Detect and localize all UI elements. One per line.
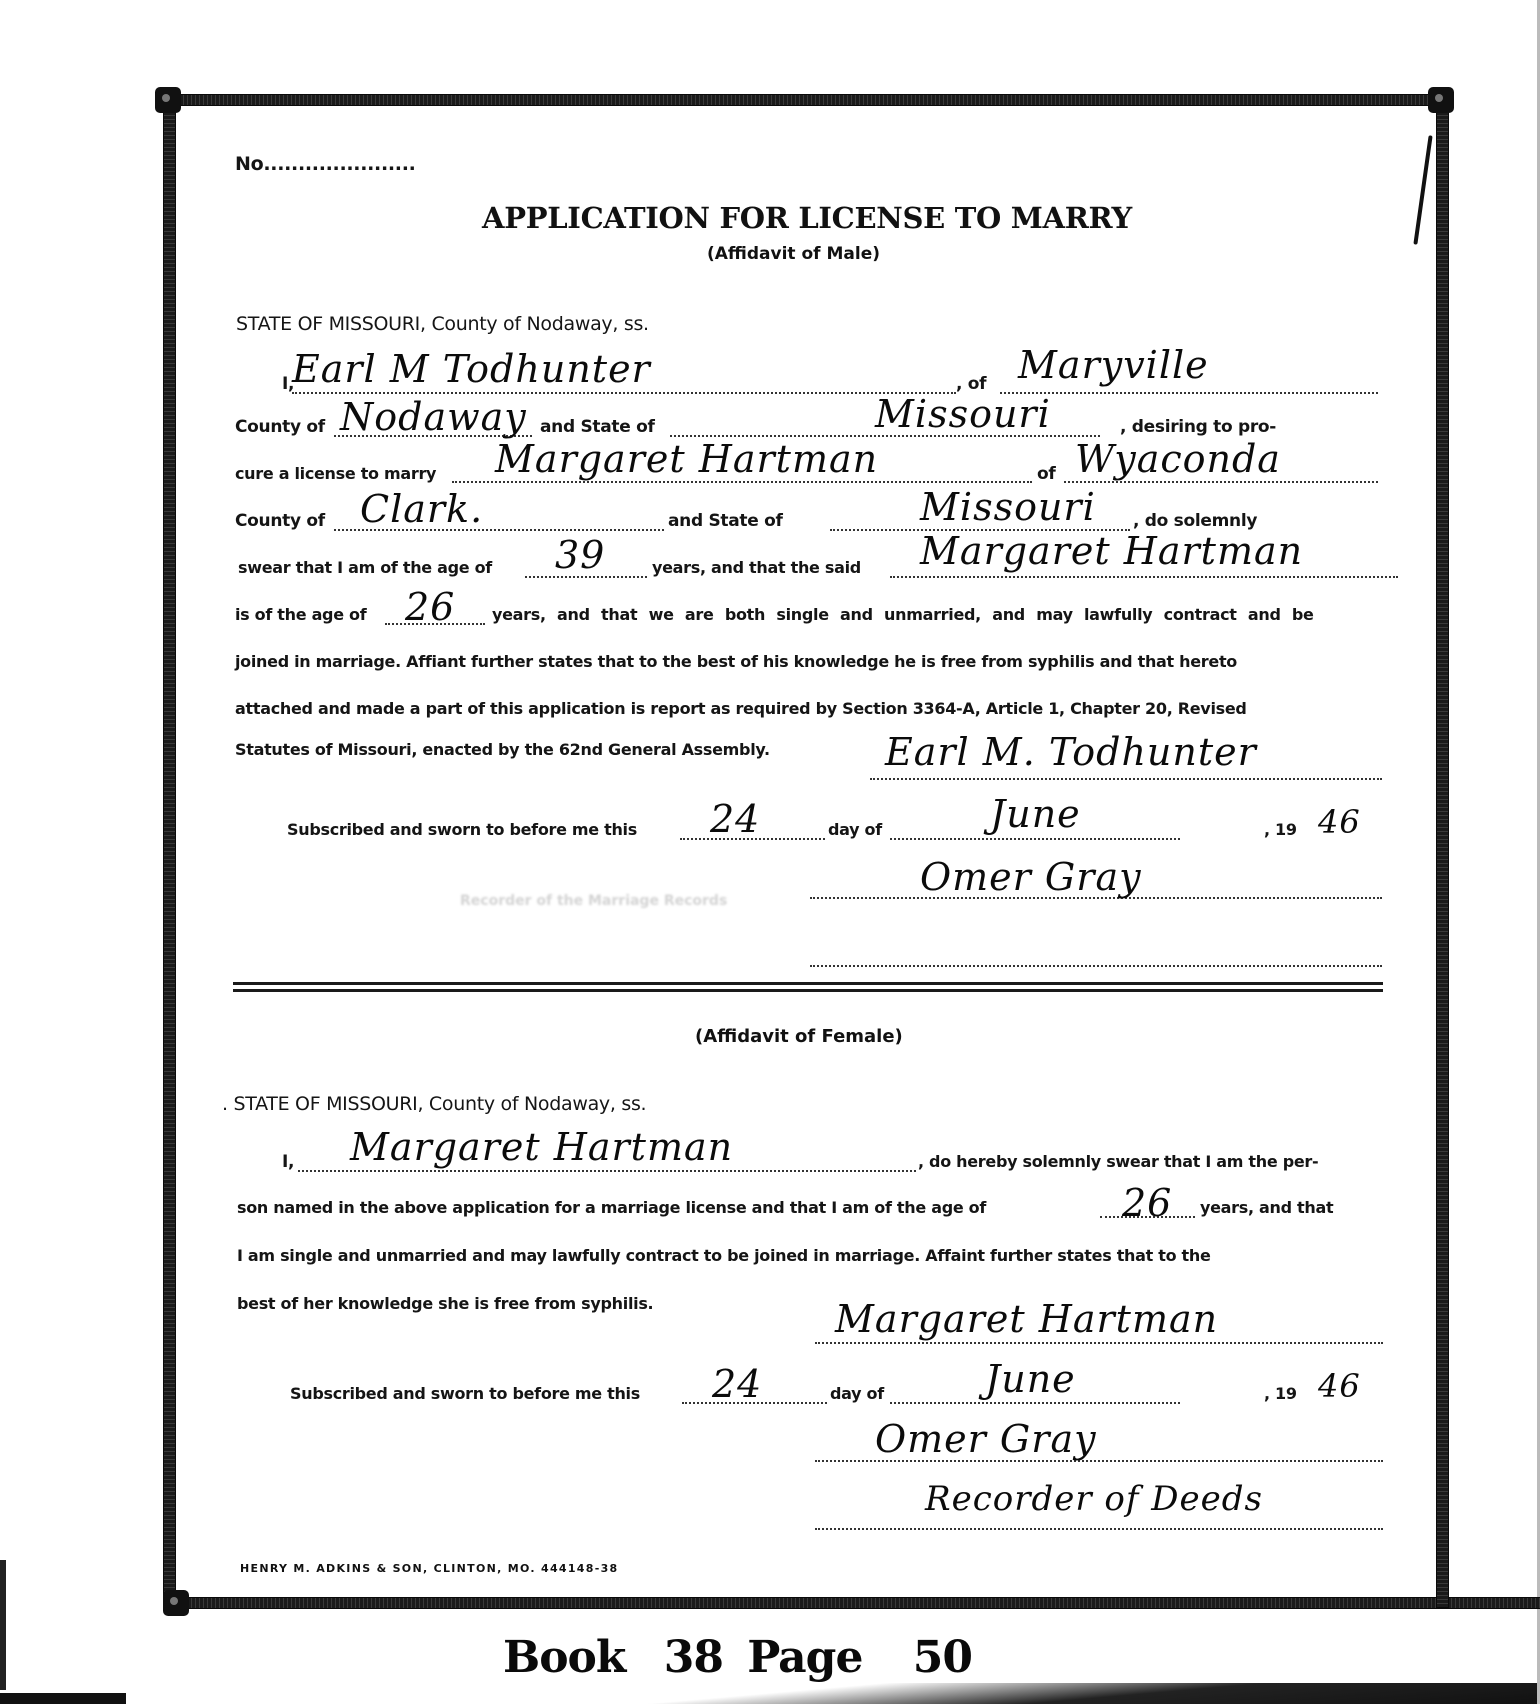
frame-left-border [164, 97, 175, 1607]
male-month-field-line [890, 838, 1180, 840]
frame-right-border [1437, 97, 1448, 1607]
page-number: 50 [913, 1632, 972, 1683]
female-name-field-line [298, 1170, 916, 1172]
frame-corner-ornament [155, 87, 181, 113]
female-state-line: . STATE OF MISSOURI, County of Nodaway, … [222, 1093, 646, 1115]
female-single-text: I am single and unmarried and may lawful… [237, 1246, 1211, 1265]
male-official-title-line [810, 965, 1382, 967]
female-name-field[interactable]: Margaret Hartman [350, 1128, 733, 1166]
male-statutes-text: Statutes of Missouri, enacted by the 62n… [235, 740, 770, 759]
groom-age-field[interactable]: 39 [555, 536, 605, 574]
bride-city-field[interactable]: Wyaconda [1075, 440, 1281, 478]
female-official-title-line [815, 1528, 1383, 1530]
book-label: Book [503, 1632, 625, 1683]
female-month-field[interactable]: June [985, 1360, 1076, 1398]
bride-signature: Margaret Hartman [835, 1300, 1218, 1338]
male-desiring-text: , desiring to pro- [1120, 417, 1276, 437]
groom-city-field[interactable]: Maryville [1018, 346, 1209, 384]
male-solemnly-text: , do solemnly [1133, 511, 1257, 531]
female-year-prefix: , 19 [1264, 1384, 1297, 1403]
female-month-field-line [890, 1402, 1180, 1404]
female-subscribed-label: Subscribed and sworn to before me this [290, 1384, 640, 1403]
male-joined-text: joined in marriage. Affiant further stat… [235, 652, 1237, 671]
female-day-field[interactable]: 24 [712, 1365, 762, 1403]
female-named-text-a: son named in the above application for a… [237, 1198, 986, 1217]
form-number-label: No...................... [235, 153, 416, 175]
pen-mark [1413, 135, 1432, 244]
male-of2-label: of [1037, 464, 1055, 484]
female-day-of-label: day of [830, 1384, 884, 1403]
bride-name-field-line [452, 481, 1032, 483]
male-county2-label: County of [235, 511, 325, 531]
scan-edge-left [0, 1560, 6, 1690]
male-single-text: years, and that we are both single and u… [492, 605, 1314, 624]
male-year-field[interactable]: 46 [1318, 806, 1361, 838]
scan-edge-bottom [500, 1683, 1540, 1704]
male-state-line: STATE OF MISSOURI, County of Nodaway, ss… [236, 313, 649, 335]
male-official-signature: Omer Gray [920, 858, 1142, 896]
section-divider-top [233, 982, 1383, 985]
male-day-field[interactable]: 24 [710, 800, 760, 838]
male-attached-text: attached and made a part of this applica… [235, 699, 1247, 718]
bride-county-field[interactable]: Clark. [360, 490, 483, 528]
printer-imprint: HENRY M. ADKINS & SON, CLINTON, MO. 4441… [240, 1562, 618, 1575]
male-city-field-line [1000, 392, 1378, 394]
female-hereby-text: , do hereby solemnly swear that I am the… [918, 1152, 1318, 1171]
groom-county-field[interactable]: Nodaway [340, 398, 527, 436]
male-day-of-label: day of [828, 820, 882, 839]
book-number: 38 [664, 1632, 723, 1683]
form-title: APPLICATION FOR LICENSE TO MARRY [482, 201, 1132, 235]
book-page-stamp: Book 38 Page 50 [503, 1632, 972, 1683]
groom-state-field[interactable]: Missouri [875, 395, 1051, 433]
bride-name2-field-line [890, 576, 1398, 578]
male-cure-label: cure a license to marry [235, 464, 436, 483]
bride-city-field-line [1064, 481, 1378, 483]
female-affidavit-subtitle: (Affidavit of Female) [695, 1026, 903, 1047]
male-name-field-line [292, 392, 956, 394]
frame-bottom-border [168, 1598, 1540, 1608]
female-official-signature: Omer Gray [875, 1420, 1097, 1458]
bleed-through-text: Recorder of the Marriage Records [460, 893, 727, 909]
female-i-prefix: I, [282, 1152, 294, 1172]
male-swear-label: swear that I am of the age of [238, 558, 492, 577]
frame-corner-ornament [1428, 87, 1454, 113]
female-year-field[interactable]: 46 [1318, 1370, 1361, 1402]
groom-name-field[interactable]: Earl M Todhunter [292, 350, 651, 388]
male-year-prefix: , 19 [1264, 820, 1297, 839]
groom-signature: Earl M. Todhunter [885, 733, 1257, 771]
male-month-field[interactable]: June [990, 795, 1081, 833]
female-named-text-b: years, and that [1200, 1198, 1333, 1217]
bride-state-field[interactable]: Missouri [920, 488, 1096, 526]
male-years-said-text: years, and that the said [652, 558, 861, 577]
female-age-field[interactable]: 26 [1122, 1184, 1172, 1222]
female-best-text: best of her knowledge she is free from s… [237, 1294, 653, 1313]
page-label: Page [747, 1632, 862, 1683]
frame-corner-ornament [163, 1590, 189, 1616]
bride-age-field[interactable]: 26 [405, 588, 455, 626]
male-of-label: , of [956, 374, 986, 394]
male-state-label: and State of [540, 417, 655, 437]
female-official-title: Recorder of Deeds [925, 1482, 1263, 1516]
scan-edge-bottom-left [0, 1693, 126, 1704]
male-county-label: County of [235, 417, 325, 437]
male-subscribed-label: Subscribed and sworn to before me this [287, 820, 637, 839]
male-is-age-label: is of the age of [235, 605, 366, 624]
bride-name2-field[interactable]: Margaret Hartman [920, 532, 1303, 570]
groom-signature-line [870, 778, 1382, 780]
bride-name-field[interactable]: Margaret Hartman [495, 440, 878, 478]
section-divider-bottom [233, 989, 1383, 992]
bride-signature-line [815, 1342, 1383, 1344]
male-state2-label: and State of [668, 511, 783, 531]
male-affidavit-subtitle: (Affidavit of Male) [707, 244, 880, 264]
frame-top-border [168, 95, 1438, 105]
